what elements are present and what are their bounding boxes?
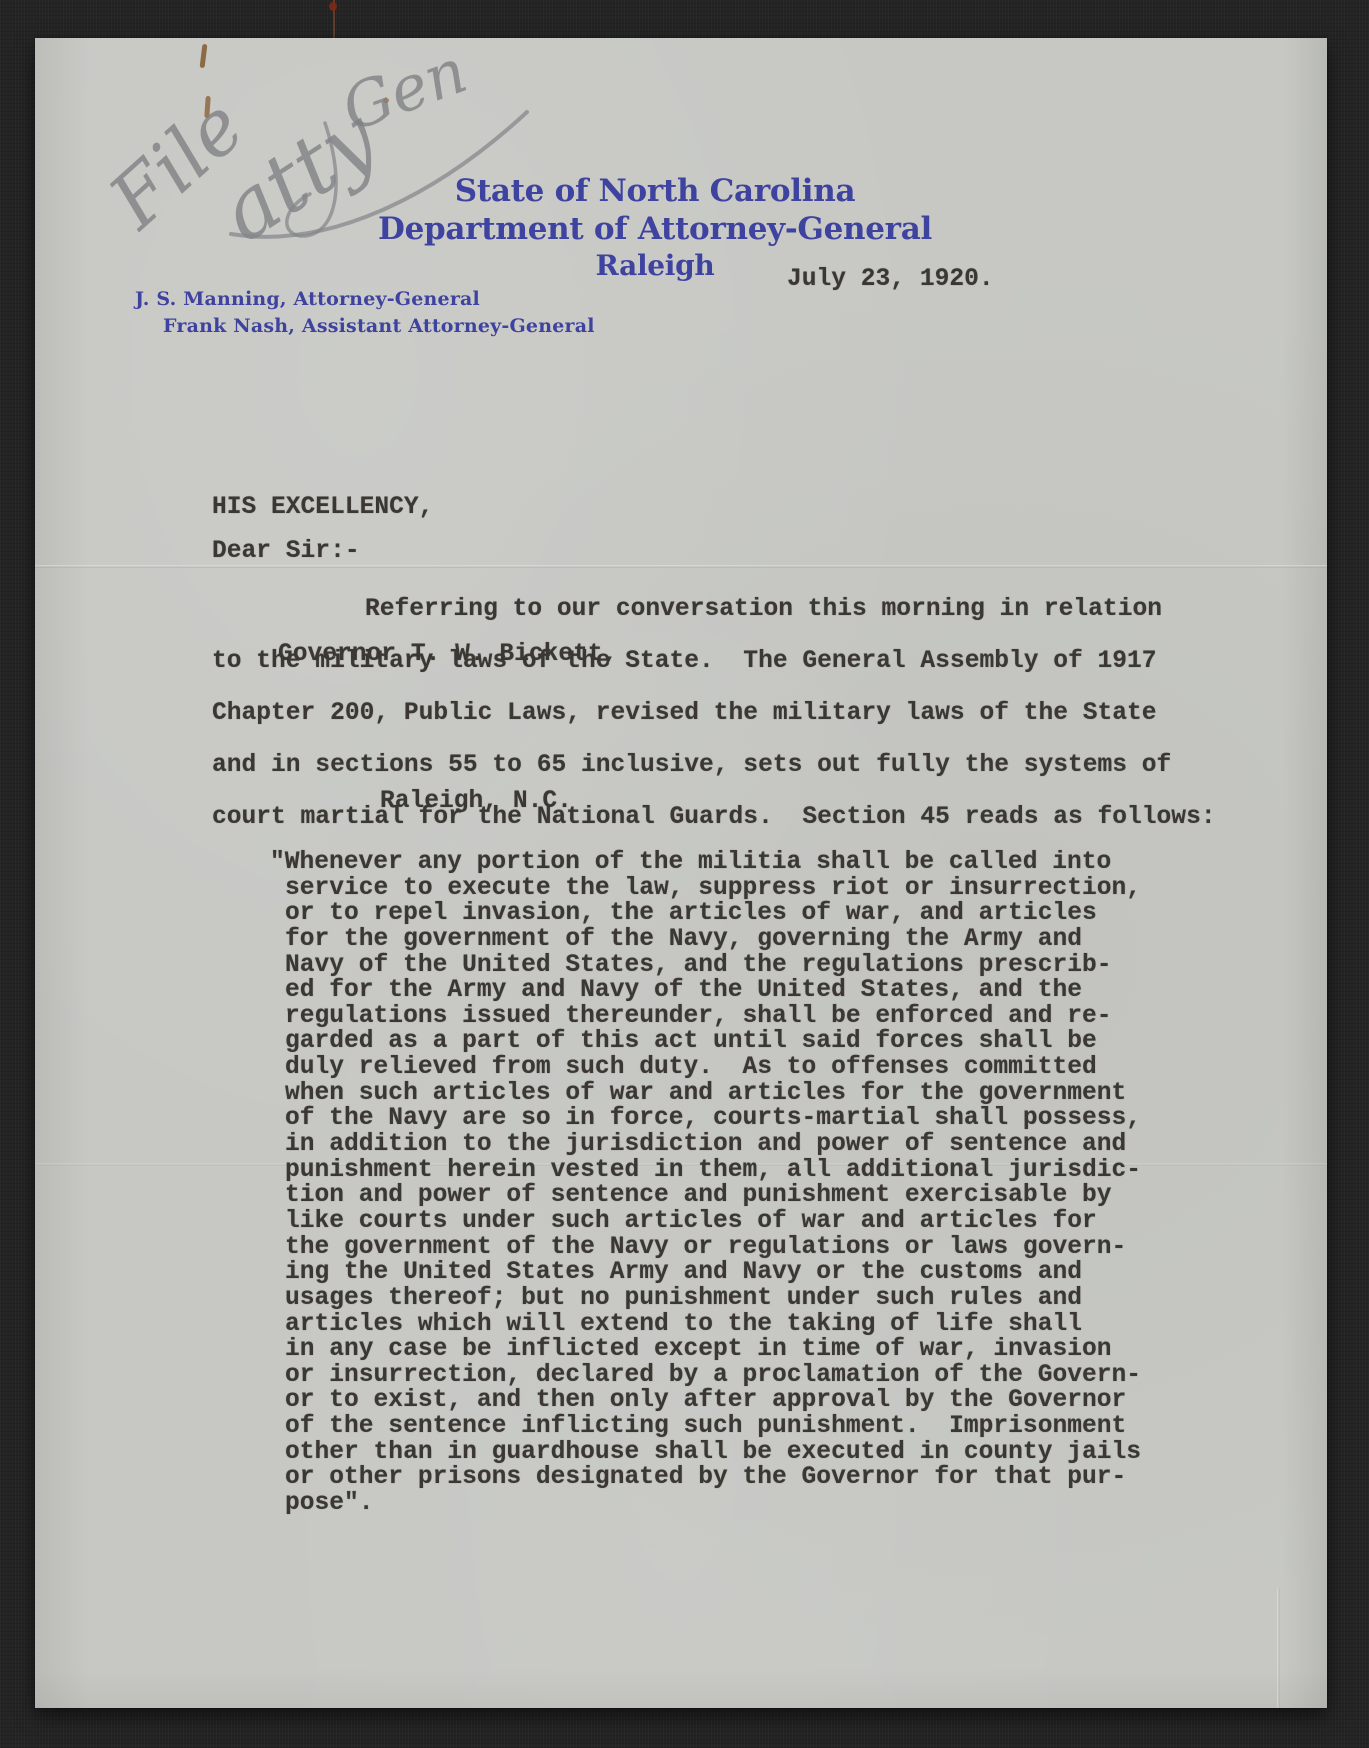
blockquote-line: or to repel invasion, the articles of wa…	[285, 901, 1141, 927]
blockquote-line: duly relieved from such duty. As to offe…	[285, 1055, 1141, 1081]
blockquote-line: "Whenever any portion of the militia sha…	[270, 850, 1141, 876]
blockquote-line: ing the United States Army and Navy or t…	[285, 1260, 1141, 1286]
blockquote-line: other than in guardhouse shall be execut…	[285, 1440, 1141, 1466]
blockquote-line: punishment herein vested in them, all ad…	[285, 1158, 1141, 1184]
rust-stain	[200, 44, 208, 68]
blockquote-line: for the government of the Navy, governin…	[285, 927, 1141, 953]
blockquote-line: or other prisons designated by the Gover…	[285, 1465, 1141, 1491]
date-line: July 23, 1920.	[787, 266, 994, 293]
letterhead-officials: J. S. Manning, Attorney-General Frank Na…	[135, 286, 595, 340]
blockquote-line: in any case be inflicted except in time …	[285, 1337, 1141, 1363]
letterhead-state-line: State of North Carolina	[35, 172, 1275, 210]
opening-paragraph: Referring to our conversation this morni…	[212, 590, 1216, 850]
letterhead-department-line: Department of Attorney-General	[35, 210, 1275, 248]
paragraph-line: Chapter 200, Public Laws, revised the mi…	[212, 694, 1216, 746]
blockquote-line: tion and power of sentence and punishmen…	[285, 1183, 1141, 1209]
blockquote-line: pose".	[285, 1491, 1141, 1517]
statute-blockquote: "Whenever any portion of the militia sha…	[285, 850, 1141, 1517]
blockquote-line: garded as a part of this act until said …	[285, 1029, 1141, 1055]
blockquote-line: service to execute the law, suppress rio…	[285, 876, 1141, 902]
salutation: Dear Sir:-	[212, 538, 360, 565]
letter-page: File atty Gen State of North Carolina De…	[35, 38, 1327, 1708]
paragraph-line: and in sections 55 to 65 inclusive, sets…	[212, 746, 1216, 798]
paragraph-line: court martial for the National Guards. S…	[212, 798, 1216, 850]
blockquote-line: or to exist, and then only after approva…	[285, 1388, 1141, 1414]
rust-stain	[383, 98, 389, 103]
letterhead: State of North Carolina Department of At…	[35, 172, 1275, 284]
assistant-attorney-general-name: Frank Nash, Assistant Attorney-General	[135, 313, 595, 340]
blockquote-line: Navy of the United States, and the regul…	[285, 953, 1141, 979]
blockquote-line: like courts under such articles of war a…	[285, 1209, 1141, 1235]
blockquote-line: of the sentence inflicting such punishme…	[285, 1414, 1141, 1440]
blockquote-line: when such articles of war and articles f…	[285, 1081, 1141, 1107]
rust-stain	[204, 96, 211, 118]
blockquote-line: or insurrection, declared by a proclamat…	[285, 1363, 1141, 1389]
attorney-general-name: J. S. Manning, Attorney-General	[135, 286, 595, 313]
blockquote-line: ed for the Army and Navy of the United S…	[285, 978, 1141, 1004]
mat-rust-dot	[329, 2, 337, 11]
blockquote-line: of the Navy are so in force, courts-mart…	[285, 1106, 1141, 1132]
scanned-letter-photo: { "annotation": { "word1": "File", "word…	[0, 0, 1369, 1748]
paragraph-line: Referring to our conversation this morni…	[212, 590, 1216, 642]
letterhead-city-line: Raleigh	[35, 248, 1275, 284]
blockquote-line: the government of the Navy or regulation…	[285, 1235, 1141, 1261]
paper-edge-curl	[1277, 1588, 1280, 1708]
blockquote-line: in addition to the jurisdiction and powe…	[285, 1132, 1141, 1158]
recipient-title: HIS EXCELLENCY,	[212, 483, 617, 532]
blockquote-line: regulations issued thereunder, shall be …	[285, 1004, 1141, 1030]
blockquote-line: articles which will extend to the taking…	[285, 1312, 1141, 1338]
handwritten-word-gen: Gen	[332, 38, 476, 146]
blockquote-line: usages thereof; but no punishment under …	[285, 1286, 1141, 1312]
paragraph-line: to the military laws of the State. The G…	[212, 642, 1216, 694]
